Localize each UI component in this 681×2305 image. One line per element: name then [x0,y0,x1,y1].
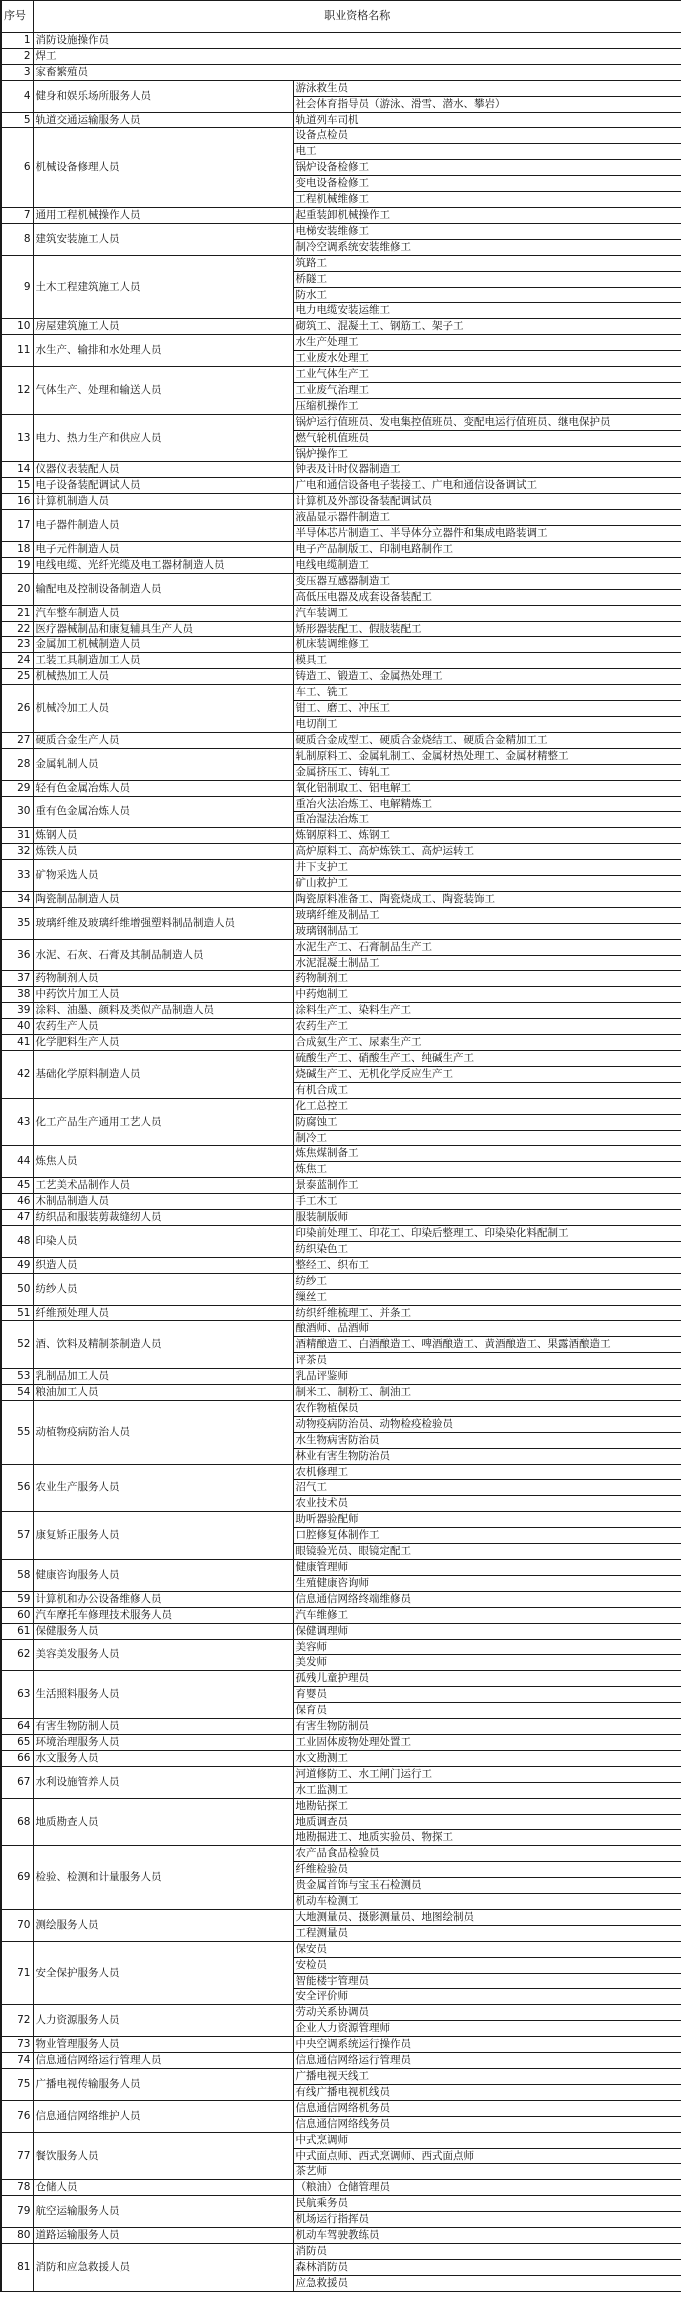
table-row: 20输配电及控制设备制造人员变压器互感器制造工 [1,573,681,589]
occupation-category: 土木工程建筑施工人员 [33,255,293,319]
qualification-item: 地质调查员 [293,1814,681,1830]
occupation-category: 基础化学原料制造人员 [33,1051,293,1099]
qualification-item: 中式烹调师 [293,2132,681,2148]
qualification-item: 茶艺师 [293,2164,681,2180]
table-row: 78仓储人员（粮油）仓储管理员 [1,2180,681,2196]
table-header-row: 序号 职业资格名称 [1,1,681,33]
row-number: 15 [1,478,33,494]
table-row: 42基础化学原料制造人员硫酸生产工、硝酸生产工、纯碱生产工 [1,1051,681,1067]
qualification-item: 钟表及计时仪器制造工 [293,462,681,478]
qualification-item: 孤残儿童护理员 [293,1671,681,1687]
row-number: 75 [1,2069,33,2101]
qualification-item: 评茶员 [293,1353,681,1369]
row-number: 24 [1,653,33,669]
occupation-category: 焊工 [33,48,681,64]
occupation-category: 计算机和办公设备维修人员 [33,1591,293,1607]
occupation-category: 玻璃纤维及玻璃纤维增强塑料制品制造人员 [33,907,293,939]
row-number: 1 [1,33,33,49]
qualification-item: 口腔修复体制作工 [293,1528,681,1544]
table-row: 75广播电视传输服务人员广播电视天线工 [1,2069,681,2085]
qualification-item: 陶瓷原料准备工、陶瓷烧成工、陶瓷装饰工 [293,891,681,907]
qualification-item: 电梯安装维修工 [293,223,681,239]
occupation-category: 电子元件制造人员 [33,542,293,558]
qualification-item: 保育员 [293,1703,681,1719]
qualification-item: 保安员 [293,1941,681,1957]
qualification-item: 乳品评鉴师 [293,1369,681,1385]
occupation-category: 消防和应急救援人员 [33,2243,293,2291]
occupation-category: 美容美发服务人员 [33,1639,293,1671]
table-row: 31炼钢人员炼钢原料工、炼钢工 [1,828,681,844]
row-number: 55 [1,1400,33,1464]
table-row: 4健身和娱乐场所服务人员游泳救生员 [1,80,681,96]
occupation-category: 纺纱人员 [33,1273,293,1305]
qualification-item: （粮油）仓储管理员 [293,2180,681,2196]
row-number: 26 [1,685,33,733]
row-number: 12 [1,367,33,415]
occupation-category: 乳制品加工人员 [33,1369,293,1385]
row-number: 42 [1,1051,33,1099]
qualification-item: 工业废气治理工 [293,382,681,398]
table-row: 54粮油加工人员制米工、制粉工、制油工 [1,1385,681,1401]
row-number: 59 [1,1591,33,1607]
occupation-category: 家畜繁殖员 [33,64,681,80]
occupation-category: 信息通信网络维护人员 [33,2100,293,2132]
qualification-item: 合成氨生产工、尿素生产工 [293,1035,681,1051]
occupation-category: 水利设施管养人员 [33,1766,293,1798]
qualification-item: 水泥混凝土制品工 [293,955,681,971]
qualification-item: 景泰蓝制作工 [293,1178,681,1194]
table-row: 81消防和应急救援人员消防员 [1,2243,681,2259]
table-row: 16计算机制造人员计算机及外部设备装配调试员 [1,494,681,510]
qualification-item: 信息通信网络运行管理员 [293,2053,681,2069]
row-number: 47 [1,1210,33,1226]
table-row: 1消防设施操作员 [1,33,681,49]
qualification-item: 燃气轮机值班员 [293,430,681,446]
qualification-item: 游泳救生员 [293,80,681,96]
row-number: 64 [1,1719,33,1735]
occupation-category: 机械设备修理人员 [33,128,293,208]
qualification-item: 有线广播电视机线员 [293,2084,681,2100]
occupation-category: 粮油加工人员 [33,1385,293,1401]
occupation-category: 电线电缆、光纤光缆及电工器材制造人员 [33,557,293,573]
occupation-category: 机械冷加工人员 [33,685,293,733]
row-number: 40 [1,1019,33,1035]
qualification-item: 纺织纤维梳理工、并条工 [293,1305,681,1321]
row-number: 45 [1,1178,33,1194]
qualification-item: 机动车驾驶教练员 [293,2228,681,2244]
table-row: 8建筑安装施工人员电梯安装维修工 [1,223,681,239]
row-number: 57 [1,1512,33,1560]
table-row: 26机械冷加工人员车工、铣工 [1,685,681,701]
row-number: 72 [1,2005,33,2037]
qualification-item: 压缩机操作工 [293,398,681,414]
row-number: 44 [1,1146,33,1178]
table-row: 61保健服务人员保健调理师 [1,1623,681,1639]
qualification-item: 大地测量员、摄影测量员、地图绘制员 [293,1909,681,1925]
row-number: 4 [1,80,33,112]
occupation-category: 测绘服务人员 [33,1909,293,1941]
table-row: 52酒、饮料及精制茶制造人员酿酒师、品酒师 [1,1321,681,1337]
table-row: 62美容美发服务人员美容师 [1,1639,681,1655]
occupation-category: 金属轧制人员 [33,748,293,780]
occupation-category: 仓储人员 [33,2180,293,2196]
qualification-item: 纺纱工 [293,1273,681,1289]
qualification-item: 金属挤压工、铸轧工 [293,764,681,780]
table-row: 41化学肥料生产人员合成氨生产工、尿素生产工 [1,1035,681,1051]
row-number: 38 [1,987,33,1003]
qualification-item: 智能楼宇管理员 [293,1973,681,1989]
occupation-category: 医疗器械制品和康复辅具生产人员 [33,621,293,637]
table-row: 14仪器仪表装配人员钟表及计时仪器制造工 [1,462,681,478]
occupation-category: 气体生产、处理和输送人员 [33,367,293,415]
qualification-item: 设备点检员 [293,128,681,144]
qualification-item: 地勘掘进工、地质实验员、物探工 [293,1830,681,1846]
row-number: 58 [1,1560,33,1592]
table-row: 49织造人员整经工、织布工 [1,1257,681,1273]
qualification-item: 整经工、织布工 [293,1257,681,1273]
table-row: 51纤维预处理人员纺织纤维梳理工、并条工 [1,1305,681,1321]
row-number: 50 [1,1273,33,1305]
occupation-category: 检验、检测和计量服务人员 [33,1846,293,1910]
qualification-item: 美发师 [293,1655,681,1671]
table-row: 34陶瓷制品制造人员陶瓷原料准备工、陶瓷烧成工、陶瓷装饰工 [1,891,681,907]
qualification-item: 计算机及外部设备装配调试员 [293,494,681,510]
occupation-category: 消防设施操作员 [33,33,681,49]
qualification-item: 制冷空调系统安装维修工 [293,239,681,255]
table-row: 22医疗器械制品和康复辅具生产人员矫形器装配工、假肢装配工 [1,621,681,637]
occupation-category: 印染人员 [33,1225,293,1257]
table-row: 37药物制剂人员药物制剂工 [1,971,681,987]
occupation-category: 仪器仪表装配人员 [33,462,293,478]
table-row: 77餐饮服务人员中式烹调师 [1,2132,681,2148]
qualification-item: 纺织染色工 [293,1241,681,1257]
table-row: 68地质勘查人员地勘钻探工 [1,1798,681,1814]
qualification-item: 缫丝工 [293,1289,681,1305]
row-number: 16 [1,494,33,510]
qualification-item: 制冷工 [293,1130,681,1146]
row-number: 36 [1,939,33,971]
qualification-item: 企业人力资源管理师 [293,2021,681,2037]
table-row: 36水泥、石灰、石膏及其制品制造人员水泥生产工、石膏制品生产工 [1,939,681,955]
qualification-item: 河道修防工、水工闸门运行工 [293,1766,681,1782]
row-number: 32 [1,844,33,860]
table-row: 5轨道交通运输服务人员轨道列车司机 [1,112,681,128]
row-number: 81 [1,2243,33,2291]
row-number: 73 [1,2037,33,2053]
qualification-item: 烧碱生产工、无机化学反应生产工 [293,1066,681,1082]
occupation-category: 化学肥料生产人员 [33,1035,293,1051]
table-row: 53乳制品加工人员乳品评鉴师 [1,1369,681,1385]
occupation-category: 有害生物防制人员 [33,1719,293,1735]
occupation-category: 保健服务人员 [33,1623,293,1639]
occupation-category: 中药饮片加工人员 [33,987,293,1003]
qualification-item: 农机修理工 [293,1464,681,1480]
qualification-item: 桥隧工 [293,271,681,287]
table-row: 57康复矫正服务人员助听器验配师 [1,1512,681,1528]
qualification-item: 农作物植保员 [293,1400,681,1416]
occupation-category: 环境治理服务人员 [33,1734,293,1750]
row-number: 39 [1,1003,33,1019]
row-number: 63 [1,1671,33,1719]
qualification-item: 生殖健康咨询师 [293,1575,681,1591]
qualification-item: 安检员 [293,1957,681,1973]
qualification-item: 广播电视天线工 [293,2069,681,2085]
table-row: 79航空运输服务人员民航乘务员 [1,2196,681,2212]
row-number: 31 [1,828,33,844]
qualification-item: 锅炉设备检修工 [293,160,681,176]
occupation-category: 动植物疫病防治人员 [33,1400,293,1464]
occupation-category: 轻有色金属冶炼人员 [33,780,293,796]
occupation-category: 纺织品和服装剪裁缝纫人员 [33,1210,293,1226]
occupation-category: 电子设备装配调试人员 [33,478,293,494]
row-number: 22 [1,621,33,637]
qualification-item: 药物制剂工 [293,971,681,987]
qualification-item: 林业有害生物防治员 [293,1448,681,1464]
table-row: 70测绘服务人员大地测量员、摄影测量员、地图绘制员 [1,1909,681,1925]
qualification-item: 社会体育指导员（游泳、滑雪、潜水、攀岩） [293,96,681,112]
occupation-category: 电子器件制造人员 [33,510,293,542]
occupation-category: 航空运输服务人员 [33,2196,293,2228]
qualification-item: 硫酸生产工、硝酸生产工、纯碱生产工 [293,1051,681,1067]
qualification-item: 农产品食品检验员 [293,1846,681,1862]
table-row: 23金属加工机械制造人员机床装调维修工 [1,637,681,653]
table-row: 6机械设备修理人员设备点检员 [1,128,681,144]
qualification-item: 酒精酿造工、白酒酿造工、啤酒酿造工、黄酒酿造工、果露酒酿造工 [293,1337,681,1353]
qualification-item: 水文勘测工 [293,1750,681,1766]
row-number: 54 [1,1385,33,1401]
table-body: 1消防设施操作员2焊工3家畜繁殖员4健身和娱乐场所服务人员游泳救生员社会体育指导… [1,33,681,2292]
row-number: 52 [1,1321,33,1369]
table-row: 10房屋建筑施工人员砌筑工、混凝土工、钢筋工、架子工 [1,319,681,335]
row-number: 77 [1,2132,33,2180]
qualification-item: 锅炉运行值班员、发电集控值班员、变配电运行值班员、继电保护员 [293,414,681,430]
qualification-item: 制米工、制粉工、制油工 [293,1385,681,1401]
qualification-item: 机动车检测工 [293,1894,681,1910]
occupation-category: 矿物采选人员 [33,860,293,892]
table-row: 40农药生产人员农药生产工 [1,1019,681,1035]
row-number: 51 [1,1305,33,1321]
occupation-category: 人力资源服务人员 [33,2005,293,2037]
qualification-item: 地勘钻探工 [293,1798,681,1814]
table-row: 2焊工 [1,48,681,64]
qualification-item: 信息通信网络机务员 [293,2100,681,2116]
occupation-category: 建筑安装施工人员 [33,223,293,255]
qualification-item: 消防员 [293,2243,681,2259]
row-number: 33 [1,860,33,892]
row-number: 46 [1,1194,33,1210]
row-number: 68 [1,1798,33,1846]
occupation-category: 餐饮服务人员 [33,2132,293,2180]
table-row: 60汽车摩托车修理技术服务人员汽车维修工 [1,1607,681,1623]
qualification-item: 铸造工、锻造工、金属热处理工 [293,669,681,685]
table-row: 73物业管理服务人员中央空调系统运行操作员 [1,2037,681,2053]
qualification-item: 贵金属首饰与宝玉石检测员 [293,1878,681,1894]
table-row: 48印染人员印染前处理工、印花工、印染后整理工、印染染化料配制工 [1,1225,681,1241]
row-number: 76 [1,2100,33,2132]
row-number: 78 [1,2180,33,2196]
table-row: 67水利设施管养人员河道修防工、水工闸门运行工 [1,1766,681,1782]
table-row: 30重有色金属冶炼人员重冶火法冶炼工、电解精炼工 [1,796,681,812]
occupation-category: 涂料、油墨、颜料及类似产品制造人员 [33,1003,293,1019]
row-number: 74 [1,2053,33,2069]
table-row: 35玻璃纤维及玻璃纤维增强塑料制品制造人员玻璃纤维及制品工 [1,907,681,923]
qualification-item: 起重装卸机械操作工 [293,207,681,223]
column-header-number: 序号 [1,1,33,33]
qualification-item: 汽车维修工 [293,1607,681,1623]
occupation-category: 农药生产人员 [33,1019,293,1035]
qualification-item: 工程测量员 [293,1925,681,1941]
qualification-item: 半导体芯片制造工、半导体分立器件和集成电路装调工 [293,526,681,542]
row-number: 9 [1,255,33,319]
occupation-category: 地质勘查人员 [33,1798,293,1846]
table-row: 7通用工程机械操作人员起重装卸机械操作工 [1,207,681,223]
occupation-category: 输配电及控制设备制造人员 [33,573,293,605]
row-number: 79 [1,2196,33,2228]
qualification-item: 矫形器装配工、假肢装配工 [293,621,681,637]
qualification-item: 中式面点师、西式烹调师、西式面点师 [293,2148,681,2164]
row-number: 7 [1,207,33,223]
row-number: 35 [1,907,33,939]
qualification-item: 手工木工 [293,1194,681,1210]
row-number: 11 [1,335,33,367]
qualification-item: 保健调理师 [293,1623,681,1639]
table-row: 76信息通信网络维护人员信息通信网络机务员 [1,2100,681,2116]
qualification-item: 农药生产工 [293,1019,681,1035]
table-row: 39涂料、油墨、颜料及类似产品制造人员涂料生产工、染料生产工 [1,1003,681,1019]
qualification-item: 森林消防员 [293,2259,681,2275]
qualification-item: 化工总控工 [293,1098,681,1114]
qualification-item: 玻璃钢制品工 [293,923,681,939]
table-row: 28金属轧制人员轧制原料工、金属轧制工、金属材热处理工、金属材精整工 [1,748,681,764]
qualification-item: 中央空调系统运行操作员 [293,2037,681,2053]
row-number: 5 [1,112,33,128]
table-row: 72人力资源服务人员劳动关系协调员 [1,2005,681,2021]
occupation-category: 炼焦人员 [33,1146,293,1178]
row-number: 61 [1,1623,33,1639]
qualification-item: 高炉原料工、高炉炼铁工、高炉运转工 [293,844,681,860]
occupation-category: 道路运输服务人员 [33,2228,293,2244]
qualification-item: 信息通信网络线务员 [293,2116,681,2132]
qualification-item: 水生产处理工 [293,335,681,351]
table-row: 29轻有色金属冶炼人员氧化铝制取工、铝电解工 [1,780,681,796]
occupation-category: 金属加工机械制造人员 [33,637,293,653]
qualification-item: 锅炉操作工 [293,446,681,462]
row-number: 43 [1,1098,33,1146]
table-row: 12气体生产、处理和输送人员工业气体生产工 [1,367,681,383]
occupation-category: 电力、热力生产和供应人员 [33,414,293,462]
table-row: 9土木工程建筑施工人员筑路工 [1,255,681,271]
table-row: 38中药饮片加工人员中药炮制工 [1,987,681,1003]
qualification-item: 井下支护工 [293,860,681,876]
row-number: 6 [1,128,33,208]
row-number: 37 [1,971,33,987]
table-row: 80道路运输服务人员机动车驾驶教练员 [1,2228,681,2244]
table-row: 18电子元件制造人员电子产品制版工、印制电路制作工 [1,542,681,558]
column-header-name: 职业资格名称 [33,1,681,33]
table-row: 3家畜繁殖员 [1,64,681,80]
row-number: 19 [1,557,33,573]
row-number: 71 [1,1941,33,2005]
qualification-item: 模具工 [293,653,681,669]
occupation-category: 物业管理服务人员 [33,2037,293,2053]
qualification-item: 砌筑工、混凝土工、钢筋工、架子工 [293,319,681,335]
qualification-item: 防腐蚀工 [293,1114,681,1130]
table-row: 21汽车整车制造人员汽车装调工 [1,605,681,621]
row-number: 29 [1,780,33,796]
qualification-item: 炼钢原料工、炼钢工 [293,828,681,844]
table-row: 58健康咨询服务人员健康管理师 [1,1560,681,1576]
row-number: 2 [1,48,33,64]
row-number: 8 [1,223,33,255]
row-number: 17 [1,510,33,542]
qualification-item: 硬质合金成型工、硬质合金烧结工、硬质合金精加工工 [293,732,681,748]
occupation-category: 重有色金属冶炼人员 [33,796,293,828]
qualification-item: 车工、铣工 [293,685,681,701]
qualification-item: 广电和通信设备电子装接工、广电和通信设备调试工 [293,478,681,494]
row-number: 80 [1,2228,33,2244]
qualification-item: 汽车装调工 [293,605,681,621]
occupation-category: 水文服务人员 [33,1750,293,1766]
row-number: 23 [1,637,33,653]
qualification-item: 助听器验配师 [293,1512,681,1528]
row-number: 41 [1,1035,33,1051]
qualification-item: 变压器互感器制造工 [293,573,681,589]
occupation-category: 信息通信网络运行管理人员 [33,2053,293,2069]
occupation-category: 陶瓷制品制造人员 [33,891,293,907]
row-number: 34 [1,891,33,907]
qualification-item: 动物疫病防治员、动物检疫检验员 [293,1416,681,1432]
qualification-item: 防水工 [293,287,681,303]
occupation-category: 通用工程机械操作人员 [33,207,293,223]
table-row: 71安全保护服务人员保安员 [1,1941,681,1957]
occupation-category: 织造人员 [33,1257,293,1273]
table-row: 25机械热加工人员铸造工、锻造工、金属热处理工 [1,669,681,685]
row-number: 27 [1,732,33,748]
table-row: 69检验、检测和计量服务人员农产品食品检验员 [1,1846,681,1862]
occupation-category: 工装工具制造加工人员 [33,653,293,669]
qualification-item: 应急救援员 [293,2275,681,2291]
qualification-item: 变电设备检修工 [293,176,681,192]
occupation-category: 生活照料服务人员 [33,1671,293,1719]
qualification-item: 纤维检验员 [293,1862,681,1878]
occupation-category: 炼钢人员 [33,828,293,844]
occupation-category: 康复矫正服务人员 [33,1512,293,1560]
table-row: 13电力、热力生产和供应人员锅炉运行值班员、发电集控值班员、变配电运行值班员、继… [1,414,681,430]
row-number: 48 [1,1225,33,1257]
qualification-table: 序号 职业资格名称 1消防设施操作员2焊工3家畜繁殖员4健身和娱乐场所服务人员游… [0,0,681,2292]
table-row: 15电子设备装配调试人员广电和通信设备电子装接工、广电和通信设备调试工 [1,478,681,494]
table-row: 19电线电缆、光纤光缆及电工器材制造人员电线电缆制造工 [1,557,681,573]
qualification-item: 有机合成工 [293,1082,681,1098]
occupation-category: 酒、饮料及精制茶制造人员 [33,1321,293,1369]
occupation-category: 化工产品生产通用工艺人员 [33,1098,293,1146]
qualification-item: 钳工、磨工、冲压工 [293,701,681,717]
occupation-category: 房屋建筑施工人员 [33,319,293,335]
table-row: 50纺纱人员纺纱工 [1,1273,681,1289]
table-row: 11水生产、输排和水处理人员水生产处理工 [1,335,681,351]
table-row: 63生活照料服务人员孤残儿童护理员 [1,1671,681,1687]
qualification-item: 中药炮制工 [293,987,681,1003]
qualification-item: 轧制原料工、金属轧制工、金属材热处理工、金属材精整工 [293,748,681,764]
table-row: 44炼焦人员炼焦煤制备工 [1,1146,681,1162]
qualification-item: 工业气体生产工 [293,367,681,383]
qualification-item: 重冶火法冶炼工、电解精炼工 [293,796,681,812]
qualification-item: 玻璃纤维及制品工 [293,907,681,923]
row-number: 13 [1,414,33,462]
row-number: 3 [1,64,33,80]
qualification-item: 印染前处理工、印花工、印染后整理工、印染染化料配制工 [293,1225,681,1241]
qualification-item: 炼焦煤制备工 [293,1146,681,1162]
